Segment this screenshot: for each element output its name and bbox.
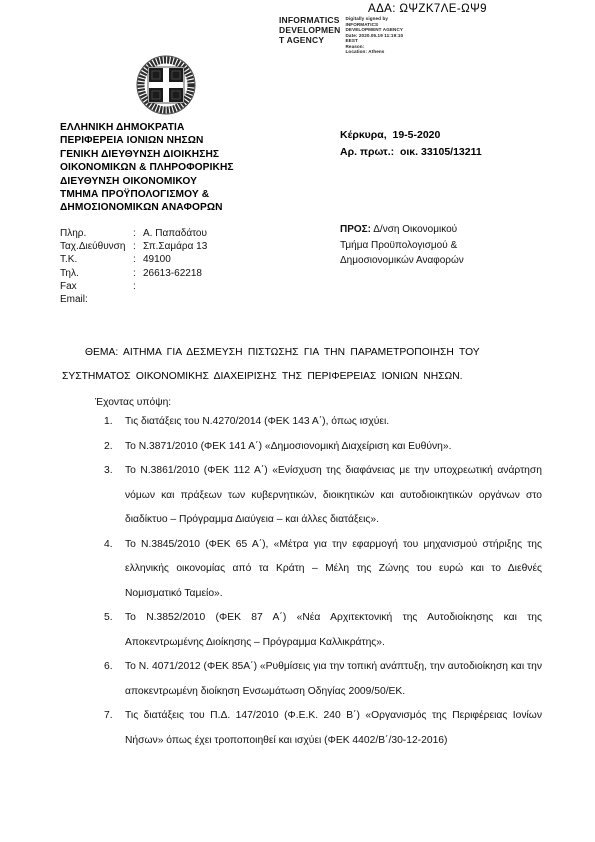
list-item: 5. Το Ν.3852/2010 (ΦΕΚ 87 Α΄) «Νέα Αρχιτ…	[104, 606, 542, 655]
recipient-line: Δ/νση Οικονομικού	[373, 224, 457, 235]
digital-signature-stamp: INFORMATICS DEVELOPMEN T AGENCY Digitall…	[279, 16, 403, 55]
list-item-number: 1.	[104, 410, 125, 435]
list-item: 6. Το Ν. 4071/2012 (ΦΕΚ 85Α΄) «Ρυθμίσεις…	[104, 655, 542, 704]
subject-line: ΘΕΜΑ: ΑΙΤΗΜΑ ΓΙΑ ΔΕΣΜΕΥΣΗ ΠΙΣΤΩΣΗΣ ΓΙΑ Τ…	[62, 341, 542, 365]
contact-row: Πληρ.:Α. Παπαδάτου	[60, 227, 207, 240]
ada-number: ΑΔΑ: ΩΨΖΚ7ΛΕ-ΩΨ9	[368, 3, 487, 15]
header-line: ΓΕΝΙΚΗ ΔΙΕΥΘΥΝΣΗ ΔΙΟΙΚΗΣΗΣ	[60, 148, 234, 161]
list-item-number: 5.	[104, 606, 125, 655]
protocol-number: Αρ. πρωτ.: οικ. 33105/13211	[340, 144, 482, 161]
list-item: 2. Το Ν.3871/2010 (ΦΕΚ 141 Α΄) «Δημοσιον…	[104, 435, 542, 460]
header-line: ΔΗΜΟΣΙΟΝΟΜΙΚΩΝ ΑΝΑΦΟΡΩΝ	[60, 201, 234, 214]
list-item-number: 3.	[104, 459, 125, 533]
contact-row: Ταχ.Διεύθυνση:Σπ.Σαμάρα 13	[60, 240, 207, 253]
stamp-agency-name: INFORMATICS DEVELOPMEN T AGENCY	[279, 16, 341, 55]
list-item-text: Τις διατάξεις του Π.Δ. 147/2010 (Φ.Ε.Κ. …	[125, 704, 542, 753]
document-page: ΑΔΑ: ΩΨΖΚ7ΛΕ-ΩΨ9 INFORMATICS DEVELOPMEN …	[0, 0, 595, 842]
list-item: 1. Τις διατάξεις του Ν.4270/2014 (ΦΕΚ 14…	[104, 410, 542, 435]
list-item: 7. Τις διατάξεις του Π.Δ. 147/2010 (Φ.Ε.…	[104, 704, 542, 753]
recipient-line: Τμήμα Προϋπολογισμού &	[340, 238, 464, 254]
list-item: 4. Το Ν.3845/2010 (ΦΕΚ 65 Α΄), «Μέτρα γι…	[104, 533, 542, 607]
list-item-text: Το Ν.3852/2010 (ΦΕΚ 87 Α΄) «Νέα Αρχιτεκτ…	[125, 606, 542, 655]
list-item-text: Το Ν.3845/2010 (ΦΕΚ 65 Α΄), «Μέτρα για τ…	[125, 533, 542, 607]
list-item-number: 2.	[104, 435, 125, 460]
list-item-number: 7.	[104, 704, 125, 753]
legal-references-list: 1. Τις διατάξεις του Ν.4270/2014 (ΦΕΚ 14…	[104, 410, 542, 753]
list-item: 3. Το Ν.3861/2010 (ΦΕΚ 112 Α΄) «Ενίσχυση…	[104, 459, 542, 533]
header-line: ΟΙΚΟΝΟΜΙΚΩΝ & ΠΛΗΡΟΦΟΡΙΚΗΣ	[60, 161, 234, 174]
header-line: ΕΛΛΗΝΙΚΗ ΔΗΜΟΚΡΑΤΙΑ	[60, 121, 234, 134]
sender-header: ΕΛΛΗΝΙΚΗ ΔΗΜΟΚΡΑΤΙΑ ΠΕΡΙΦΕΡΕΙΑ ΙΟΝΙΩΝ ΝΗ…	[60, 121, 234, 215]
date-protocol-block: Κέρκυρα, 19-5-2020 Αρ. πρωτ.: οικ. 33105…	[340, 127, 482, 160]
list-item-number: 6.	[104, 655, 125, 704]
stamp-signature-details: Digitally signed by INFORMATICS DEVELOPM…	[346, 16, 404, 55]
list-item-text: Τις διατάξεις του Ν.4270/2014 (ΦΕΚ 143 Α…	[125, 410, 542, 435]
city-date: Κέρκυρα, 19-5-2020	[340, 127, 482, 144]
subject-line: ΣΥΣΤΗΜΑΤΟΣ ΟΙΚΟΝΟΜΙΚΗΣ ΔΙΑΧΕΙΡΙΣΗΣ ΤΗΣ Π…	[62, 365, 542, 389]
header-line: ΠΕΡΙΦΕΡΕΙΑ ΙΟΝΙΩΝ ΝΗΣΩΝ	[60, 134, 234, 147]
list-item-text: Το Ν. 4071/2012 (ΦΕΚ 85Α΄) «Ρυθμίσεις γι…	[125, 655, 542, 704]
header-line: ΔΙΕΥΘΥΝΣΗ ΟΙΚΟΝΟΜΙΚΟΥ	[60, 175, 234, 188]
preamble: Έχοντας υπόψη:	[95, 397, 171, 408]
contact-row: Τηλ.:26613-62218	[60, 267, 207, 280]
contact-row: Fax:	[60, 280, 207, 293]
contact-row: Email:	[60, 293, 207, 306]
header-line: ΤΜΗΜΑ ΠΡΟΫΠΟΛΟΓΙΣΜΟΥ &	[60, 188, 234, 201]
subject-block: ΘΕΜΑ: ΑΙΤΗΜΑ ΓΙΑ ΔΕΣΜΕΥΣΗ ΠΙΣΤΩΣΗΣ ΓΙΑ Τ…	[62, 341, 542, 389]
recipient-block: ΠΡΟΣ: Δ/νση Οικονομικού Τμήμα Προϋπολογι…	[340, 222, 464, 269]
recipient-label: ΠΡΟΣ:	[340, 224, 371, 235]
list-item-number: 4.	[104, 533, 125, 607]
list-item-text: Το Ν.3871/2010 (ΦΕΚ 141 Α΄) «Δημοσιονομι…	[125, 435, 542, 460]
greek-emblem-icon	[133, 54, 199, 121]
contact-row: Τ.Κ.:49100	[60, 253, 207, 266]
list-item-text: Το Ν.3861/2010 (ΦΕΚ 112 Α΄) «Ενίσχυση τη…	[125, 459, 542, 533]
contact-info: Πληρ.:Α. Παπαδάτου Ταχ.Διεύθυνση:Σπ.Σαμά…	[60, 227, 207, 306]
recipient-line: Δημοσιονομικών Αναφορών	[340, 253, 464, 269]
